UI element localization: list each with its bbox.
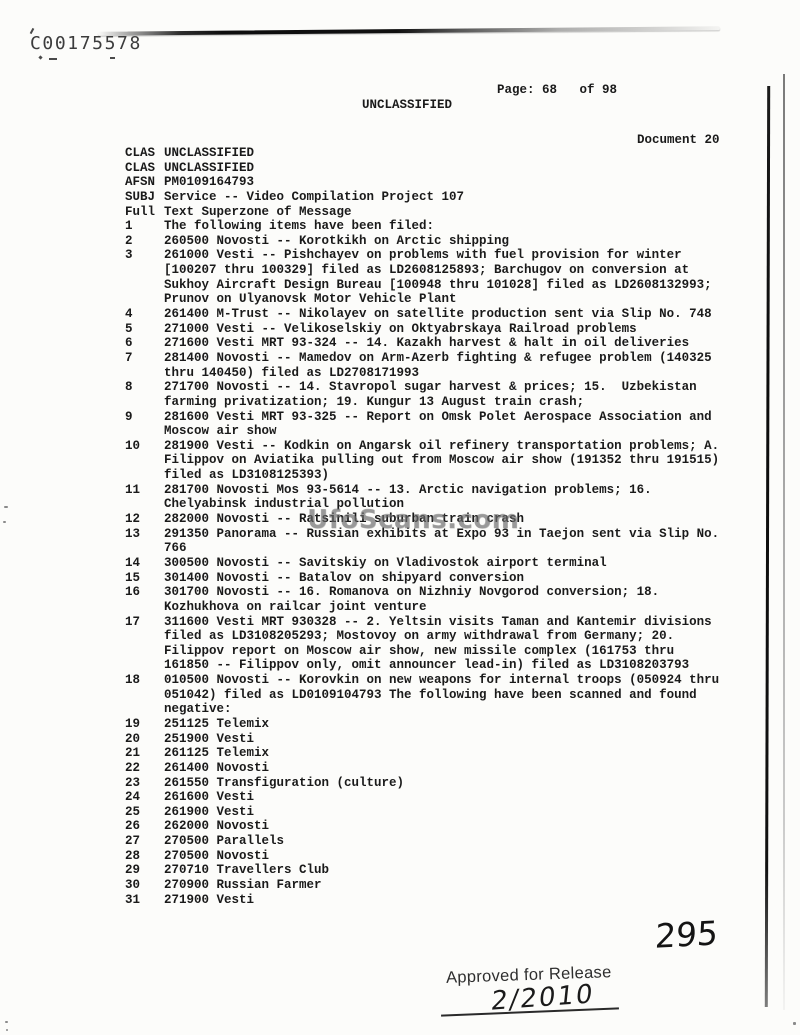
document-line: 17311600 Vesti MRT 930328 -- 2. Yeltsin … [125,615,785,630]
classification-header: UNCLASSIFIED [362,98,452,112]
document-line: CLASUNCLASSIFIED [125,161,785,176]
document-line: [100207 thru 100329] filed as LD26081258… [125,263,785,278]
document-line: 27270500 Parallels [125,834,785,849]
document-line: FullText Superzone of Message [125,205,785,220]
document-line: AFSNPM0109164793 [125,175,785,190]
document-line: 14300500 Novosti -- Savitskiy on Vladivo… [125,556,785,571]
document-line: Moscow air show [125,424,785,439]
scan-speck [49,58,57,60]
document-line: 1The following items have been filed: [125,219,785,234]
document-line: 161850 -- Filippov only, omit announcer … [125,658,785,673]
document-line: 19251125 Telemix [125,717,785,732]
document-line: 20251900 Vesti [125,732,785,747]
document-line: 8271700 Novosti -- 14. Stavropol sugar h… [125,380,785,395]
scan-speck [6,1029,8,1031]
scan-speck [4,506,8,508]
document-line: 30270900 Russian Farmer [125,878,785,893]
document-line: 4261400 M-Trust -- Nikolayev on satellit… [125,307,785,322]
document-line: Filippov report on Moscow air show, new … [125,644,785,659]
document-line: negative: [125,702,785,717]
document-line: 2260500 Novosti -- Korotkikh on Arctic s… [125,234,785,249]
scanned-document-page: C00175578 Page: 68 of 98 UNCLASSIFIED Do… [0,0,800,1035]
document-number-label: Document 20 [637,133,720,147]
document-line: 23261550 Transfiguration (culture) [125,776,785,791]
document-line: 9281600 Vesti MRT 93-325 -- Report on Om… [125,410,785,425]
document-line: SUBJService -- Video Compilation Project… [125,190,785,205]
page-indicator: Page: 68 of 98 [497,83,617,97]
watermark-text: UfoScans.com [307,505,519,535]
scan-speck [793,1022,796,1025]
scan-speck [110,57,115,59]
document-line: 29270710 Travellers Club [125,863,785,878]
document-line: 22261400 Novosti [125,761,785,776]
scan-speck [5,1021,8,1023]
document-line: Sukhoy Aircraft Design Bureau [100948 th… [125,278,785,293]
scan-speck [38,55,42,59]
document-line: 6271600 Vesti MRT 93-324 -- 14. Kazakh h… [125,336,785,351]
document-line: 766 [125,541,785,556]
document-line: CLASUNCLASSIFIED [125,146,785,161]
document-line: 15301400 Novosti -- Batalov on shipyard … [125,571,785,586]
document-line: filed as LD3108125393) [125,468,785,483]
scan-speck [3,521,6,523]
document-line: Filippov on Aviatika pulling out from Mo… [125,453,785,468]
document-line: Kozhukhova on railcar joint venture [125,600,785,615]
document-line: filed as LD3108205293; Mostovoy on army … [125,629,785,644]
document-line: 5271000 Vesti -- Velikoselskiy on Oktyab… [125,322,785,337]
document-line: 051042) filed as LD0109104793 The follow… [125,688,785,703]
document-line: 10281900 Vesti -- Kodkin on Angarsk oil … [125,439,785,454]
document-line: 11281700 Novosti Mos 93-5614 -- 13. Arct… [125,483,785,498]
document-line: 24261600 Vesti [125,790,785,805]
document-line: thru 140450) filed as LD2708171993 [125,366,785,381]
page-edge-line-light [783,74,785,1010]
document-line: 3261000 Vesti -- Pishchayev on problems … [125,248,785,263]
document-id-stamp: C00175578 [30,33,142,54]
document-line: farming privatization; 19. Kungur 13 Aug… [125,395,785,410]
document-line: 18010500 Novosti -- Korovkin on new weap… [125,673,785,688]
document-line: 31271900 Vesti [125,893,785,908]
handwritten-page-number: 295 [654,913,719,955]
document-line: 26262000 Novosti [125,819,785,834]
scan-smudge-line [98,26,720,35]
document-line: 21261125 Telemix [125,746,785,761]
document-line: Prunov on Ulyanovsk Motor Vehicle Plant [125,292,785,307]
document-line: 28270500 Novosti [125,849,785,864]
document-line: 7281400 Novosti -- Mamedov on Arm-Azerb … [125,351,785,366]
document-line: 25261900 Vesti [125,805,785,820]
document-line: 16301700 Novosti -- 16. Romanova on Nizh… [125,585,785,600]
